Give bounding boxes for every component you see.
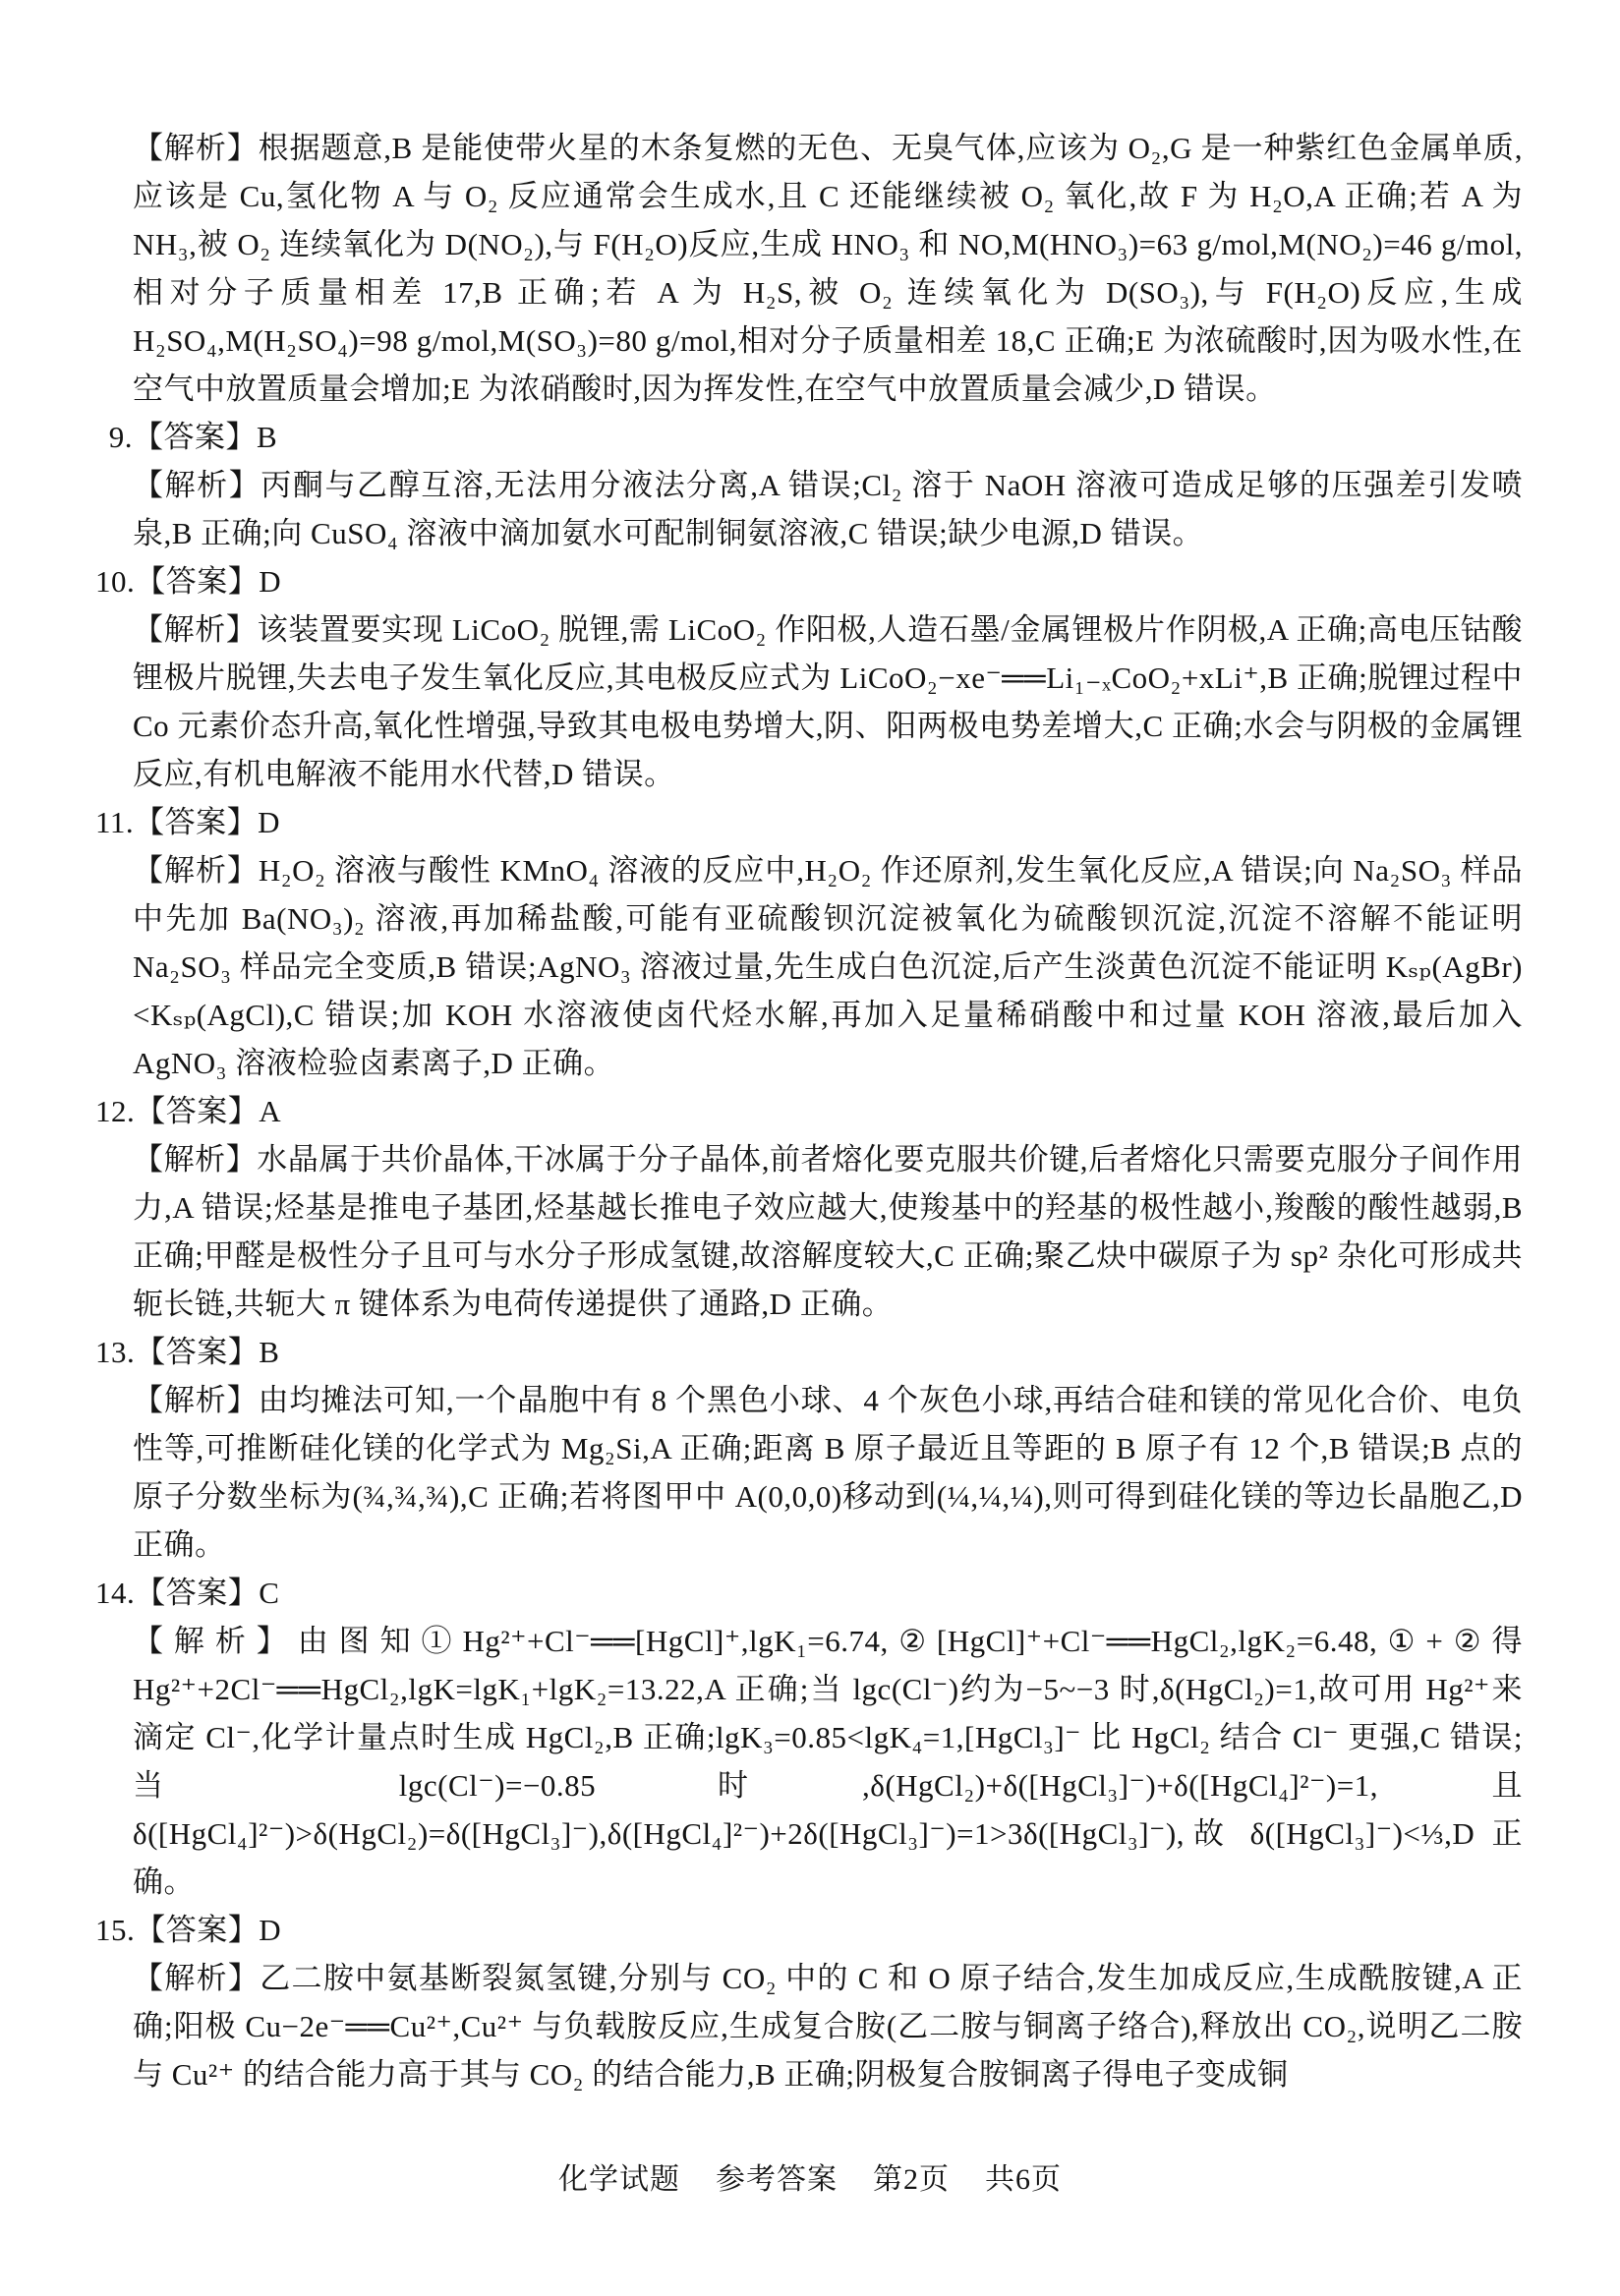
analysis-q10: 【解析】该装置要实现 LiCoO₂ 脱锂,需 LiCoO₂ 作阳极,人造石墨/金… xyxy=(95,605,1523,798)
question-number: 15. xyxy=(95,1906,135,1954)
answer-choice: D xyxy=(259,564,281,599)
answer-label: 【答案】 xyxy=(135,1335,259,1369)
document-page: 【解析】根据题意,B 是能使带火星的木条复燃的无色、无臭气体,应该为 O₂,G … xyxy=(0,0,1620,2296)
answer-label: 【答案】 xyxy=(135,1576,259,1610)
answer-choice: D xyxy=(259,1913,281,1947)
question-number: 14. xyxy=(95,1569,135,1617)
answer-line-10: 10.【答案】D xyxy=(95,557,1523,605)
analysis-q13: 【解析】由均摊法可知,一个晶胞中有 8 个黑色小球、4 个灰色小球,再结合硅和镁… xyxy=(95,1376,1523,1569)
question-number: 12. xyxy=(95,1087,135,1135)
answer-key-content: 【解析】根据题意,B 是能使带火星的木条复燃的无色、无臭气体,应该为 O₂,G … xyxy=(95,124,1523,2098)
footer-doc-title: 化学试题 xyxy=(558,2163,680,2196)
answer-line-15: 15.【答案】D xyxy=(95,1906,1523,1954)
answer-line-11: 11.【答案】D xyxy=(95,798,1523,846)
question-number: 10. xyxy=(95,557,135,605)
analysis-q12: 【解析】水晶属于共价晶体,干冰属于分子晶体,前者熔化要克服共价键,后者熔化只需要… xyxy=(95,1135,1523,1328)
footer-page-number: 第2页 xyxy=(873,2163,950,2196)
answer-line-9: 9.【答案】B xyxy=(95,413,1523,461)
answer-label: 【答案】 xyxy=(135,564,259,599)
answer-choice: B xyxy=(257,420,277,454)
answer-line-14: 14.【答案】C xyxy=(95,1569,1523,1617)
answer-label: 【答案】 xyxy=(135,1094,259,1128)
question-number: 13. xyxy=(95,1328,135,1376)
page-footer: 化学试题参考答案第2页共6页 xyxy=(0,2154,1620,2198)
analysis-q11: 【解析】H₂O₂ 溶液与酸性 KMnO₄ 溶液的反应中,H₂O₂ 作还原剂,发生… xyxy=(95,846,1523,1087)
analysis-q8-continuation: 【解析】根据题意,B 是能使带火星的木条复燃的无色、无臭气体,应该为 O₂,G … xyxy=(95,124,1523,413)
question-number: 9. xyxy=(95,413,133,461)
analysis-q14: 【解析】由图知①Hg²⁺+Cl⁻══[HgCl]⁺,lgK₁=6.74,②[Hg… xyxy=(95,1617,1523,1906)
answer-label: 【答案】 xyxy=(135,1913,259,1947)
answer-line-12: 12.【答案】A xyxy=(95,1087,1523,1135)
answer-line-13: 13.【答案】B xyxy=(95,1328,1523,1376)
answer-choice: D xyxy=(258,805,280,839)
answer-choice: B xyxy=(259,1335,279,1369)
answer-label: 【答案】 xyxy=(134,805,258,839)
answer-choice: A xyxy=(259,1094,281,1128)
answer-choice: C xyxy=(259,1576,279,1610)
footer-doc-subtitle: 参考答案 xyxy=(716,2163,838,2196)
answer-label: 【答案】 xyxy=(133,420,257,454)
footer-page-total: 共6页 xyxy=(985,2163,1062,2196)
analysis-q15: 【解析】乙二胺中氨基断裂氮氢键,分别与 CO₂ 中的 C 和 O 原子结合,发生… xyxy=(95,1954,1523,2098)
analysis-q9: 【解析】丙酮与乙醇互溶,无法用分液法分离,A 错误;Cl₂ 溶于 NaOH 溶液… xyxy=(95,461,1523,557)
question-number: 11. xyxy=(95,798,134,846)
